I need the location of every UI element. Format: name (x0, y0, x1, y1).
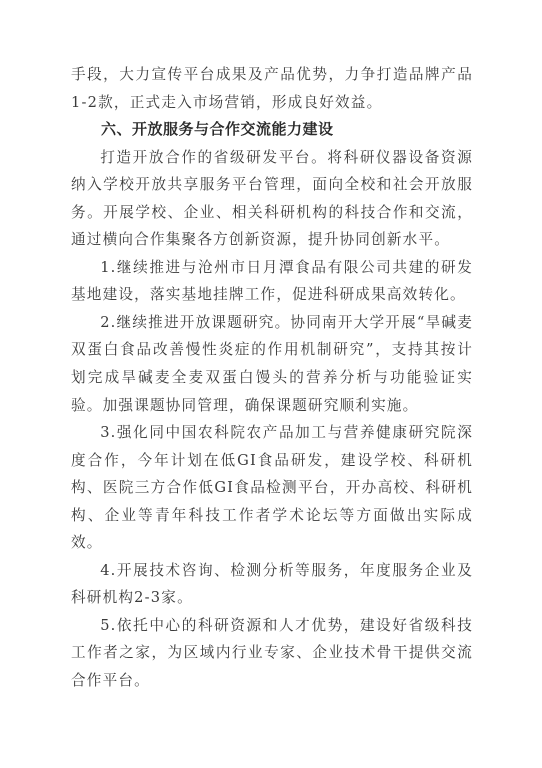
list-item-3: 3.强化同中国农科院农产品加工与营养健康研究院深度合作，今年计划在低GI食品研发… (71, 419, 473, 557)
continuation-paragraph: 手段，大力宣传平台成果及产品优势，力争打造品牌产品1-2款，正式走入市场营销，形… (71, 61, 473, 116)
document-page: 手段，大力宣传平台成果及产品优势，力争打造品牌产品1-2款，正式走入市场营销，形… (71, 61, 473, 695)
list-item-1: 1.继续推进与沧州市日月潭食品有限公司共建的研发基地建设，落实基地挂牌工作，促进… (71, 254, 473, 309)
section-heading: 六、开放服务与合作交流能力建设 (71, 116, 473, 144)
list-item-5: 5.依托中心的科研资源和人才优势，建设好省级科技工作者之家，为区域内行业专家、企… (71, 612, 473, 695)
intro-paragraph: 打造开放合作的省级研发平台。将科研仪器设备资源纳入学校开放共享服务平台管理，面向… (71, 144, 473, 254)
list-item-4: 4.开展技术咨询、检测分析等服务，年度服务企业及科研机构2-3家。 (71, 557, 473, 612)
list-item-2: 2.继续推进开放课题研究。协同南开大学开展“旱碱麦双蛋白食品改善慢性炎症的作用机… (71, 309, 473, 419)
